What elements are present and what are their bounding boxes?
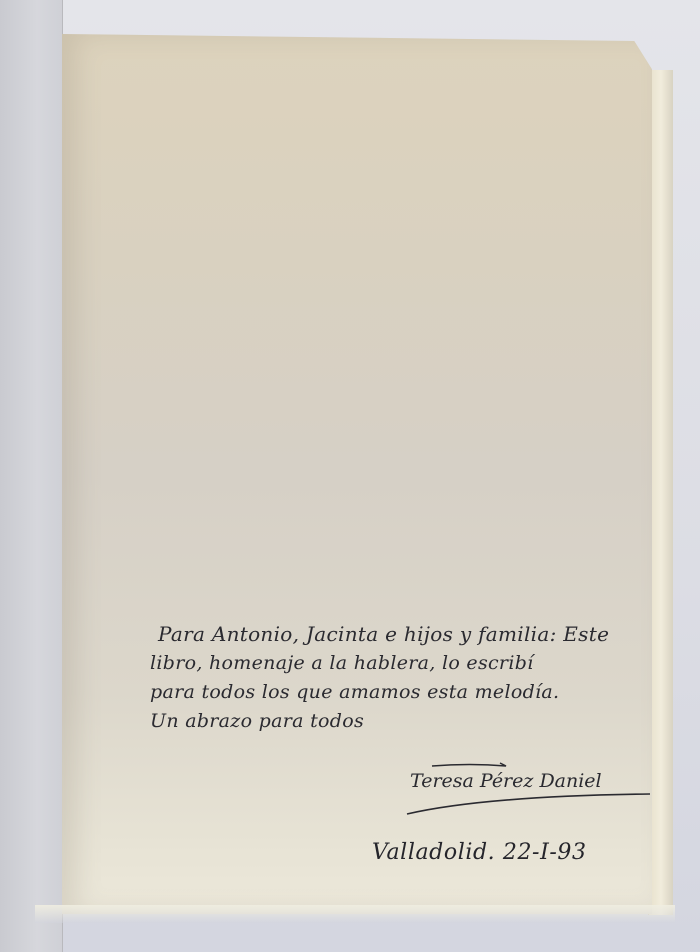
- place-and-date: Valladolid. 22-I-93: [372, 840, 587, 865]
- dedication-line-2: libro, homenaje a la hablera, lo escribí: [150, 649, 660, 678]
- dedication-line-3: para todos los que amamos esta melodía.: [150, 678, 660, 707]
- todos-underline-stroke: [430, 760, 510, 770]
- book-cover-edge: [0, 0, 63, 952]
- signature-flourish: [405, 788, 655, 818]
- page-bottom-edge: [35, 905, 675, 923]
- dedication-line-1: Para Antonio, Jacinta e hijos y familia:…: [150, 620, 660, 649]
- dedication-line-4: Un abrazo para todos: [150, 707, 660, 736]
- handwritten-dedication: Para Antonio, Jacinta e hijos y familia:…: [150, 620, 660, 736]
